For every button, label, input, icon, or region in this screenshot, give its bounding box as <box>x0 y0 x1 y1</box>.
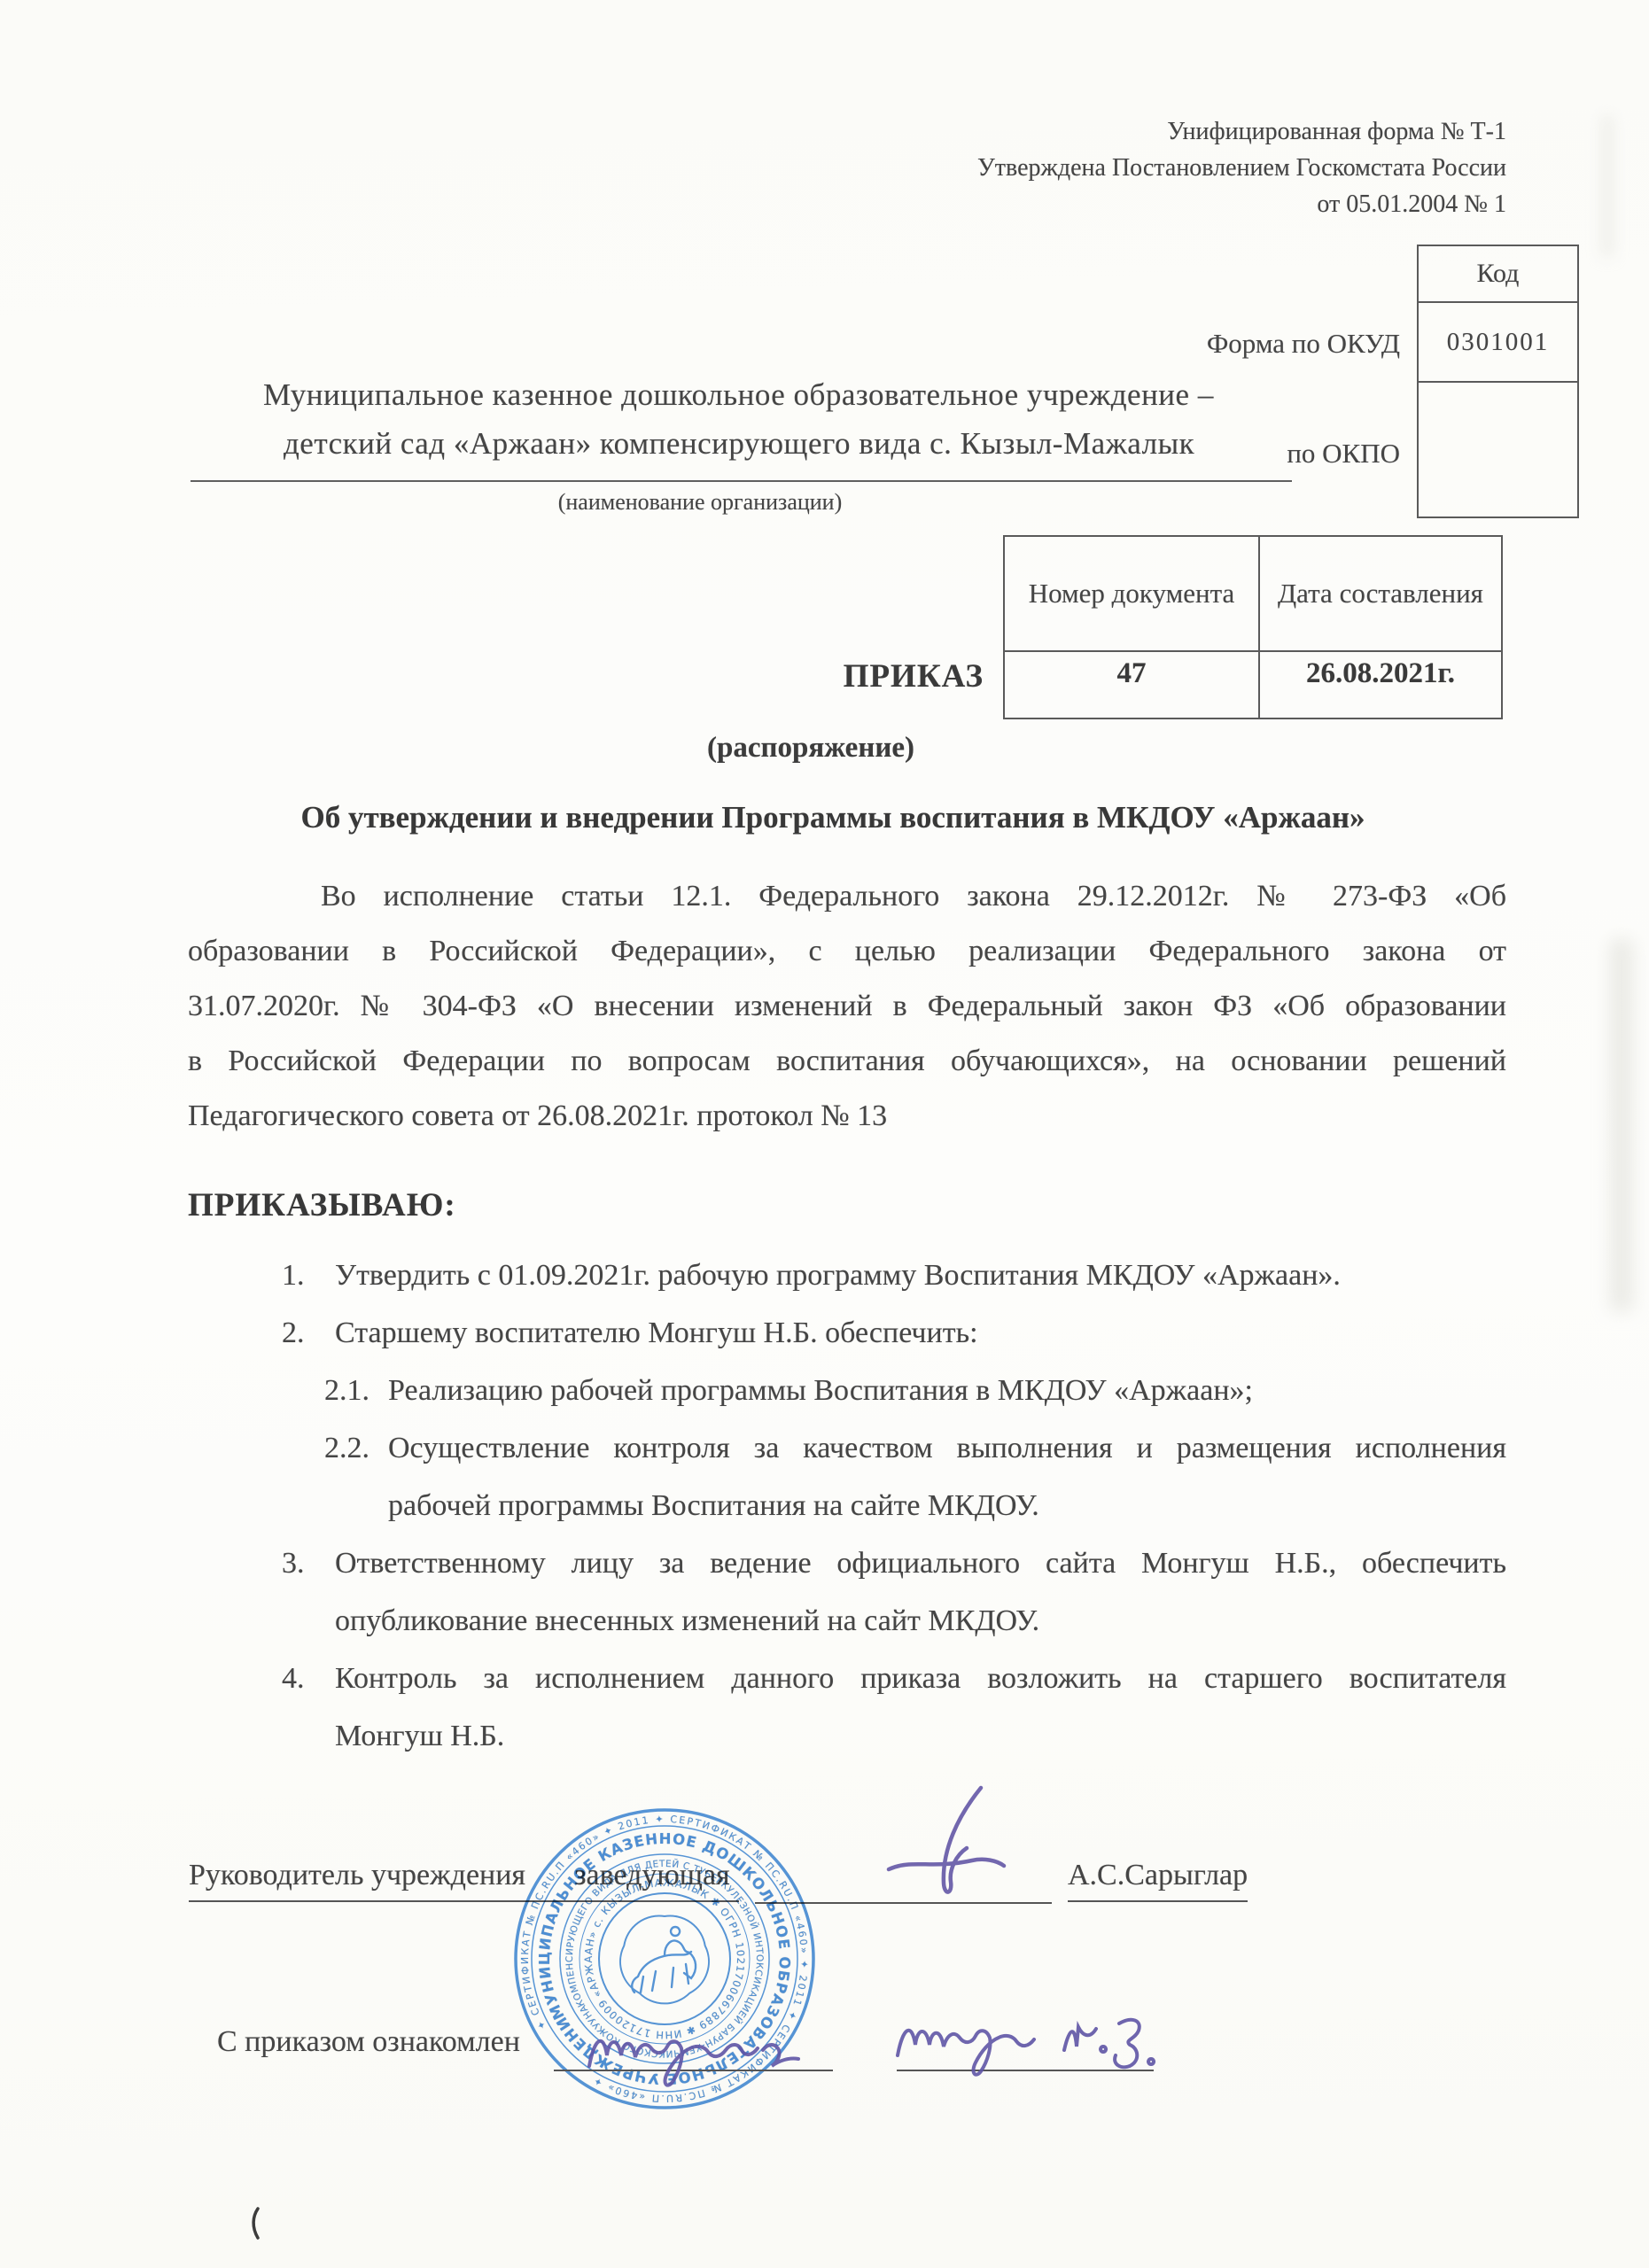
document-subtitle: (распоряжение) <box>191 732 1431 765</box>
handwriting-stroke <box>1148 2059 1154 2064</box>
code-box: Код 0301001 <box>1417 245 1579 518</box>
organization-name-line-2: детский сад «Аржаан» компенсирующего вид… <box>284 426 1194 462</box>
stamp-horse-rider-emblem <box>632 1927 696 1992</box>
document-page: Унифицированная форма № Т-1 Утверждена П… <box>0 0 1649 2268</box>
preamble-line-1: Во исполнение статьи 12.1. Федерального … <box>188 880 1506 913</box>
form-reference-line-2: Утверждена Постановлением Госкомстата Ро… <box>977 150 1506 186</box>
order-item-2-2-number: 2.2. <box>324 1432 369 1465</box>
organization-name-line-1: Муниципальное казенное дошкольное образо… <box>263 377 1214 413</box>
preamble-line-2: образовании в Российской Федерации», с ц… <box>188 935 1506 968</box>
preamble-line-5: Педагогического совета от 26.08.2021г. п… <box>188 1099 1506 1133</box>
flourish-stroke <box>944 1788 981 1892</box>
order-item-3-number: 3. <box>282 1547 305 1581</box>
pen-mark-stroke <box>253 2209 258 2238</box>
stray-pen-mark <box>249 2206 263 2241</box>
table-header-number: Номер документа <box>1005 537 1258 650</box>
handwriting-stroke <box>898 2031 1034 2075</box>
order-item-2-2-text-line-2: рабочей программы Воспитания на сайте МК… <box>388 1489 1039 1523</box>
director-signature-flourish <box>873 1783 1028 1920</box>
form-reference-line-1: Унифицированная форма № Т-1 <box>977 113 1506 150</box>
handwritten-signature-mongush <box>580 1995 837 2115</box>
order-item-3-text-line-1: Ответственному лицу за ведение официальн… <box>335 1547 1506 1581</box>
document-date-value: 26.08.2021г. <box>1260 652 1501 718</box>
resolution-heading: ПРИКАЗЫВАЮ: <box>188 1186 456 1224</box>
order-item-2-2-text-line-1: Осуществление контроля за качеством выпо… <box>388 1432 1506 1465</box>
signature-role-label: Руководитель учреждения <box>189 1859 525 1891</box>
handwriting-stroke <box>763 2045 798 2066</box>
form-reference-line-3: от 05.01.2004 № 1 <box>977 186 1506 222</box>
okud-label: Форма по ОКУД <box>1019 328 1400 360</box>
handwriting-stroke <box>589 2041 758 2085</box>
okud-code-value: 0301001 <box>1419 303 1577 381</box>
organization-caption: (наименование организации) <box>372 489 1028 516</box>
order-item-2-1-text: Реализацию рабочей программы Воспитания … <box>388 1374 1253 1408</box>
order-item-4-number: 4. <box>282 1662 305 1696</box>
order-item-2-1-number: 2.1. <box>324 1374 369 1408</box>
code-box-header: Код <box>1419 246 1577 301</box>
order-item-1-number: 1. <box>282 1259 305 1293</box>
order-item-3-text-line-2: опубликование внесенных изменений на сай… <box>335 1604 1039 1638</box>
okpo-code-cell <box>1419 383 1577 517</box>
preamble-line-3: 31.07.2020г. № 304-ФЗ «О внесении измене… <box>188 990 1506 1023</box>
order-item-2-number: 2. <box>282 1317 305 1350</box>
order-item-4-text-line-2: Монгуш Н.Б. <box>335 1720 504 1753</box>
handwriting-stroke <box>1064 2027 1096 2050</box>
organization-underline <box>191 480 1292 482</box>
form-reference: Унифицированная форма № Т-1 Утверждена П… <box>977 113 1506 222</box>
document-number-table: Номер документа Дата составления 47 26.0… <box>1003 535 1503 719</box>
handwriting-stroke <box>1101 2047 1106 2052</box>
scan-smudge <box>1610 939 1633 1311</box>
preamble-line-4: в Российской Федерации по вопросам воспи… <box>188 1045 1506 1078</box>
emblem-rider <box>665 1927 689 1955</box>
acknowledgement-label: С приказом ознакомлен <box>217 2025 520 2059</box>
table-header-date: Дата составления <box>1260 537 1501 650</box>
handwriting-stroke <box>1115 2020 1140 2067</box>
order-item-1-text: Утвердить с 01.09.2021г. рабочую програм… <box>335 1259 1341 1293</box>
order-item-4-text-line-1: Контроль за исполнением данного приказа … <box>335 1662 1506 1696</box>
order-item-2-text: Старшему воспитателю Монгуш Н.Б. обеспеч… <box>335 1317 978 1350</box>
document-type-label: ПРИКАЗ <box>735 657 984 695</box>
document-number-value: 47 <box>1005 652 1258 718</box>
document-title: Об утверждении и внедрении Программы вос… <box>191 800 1475 835</box>
emblem-horse <box>632 1952 691 1992</box>
handwritten-name-mongush-nb <box>891 1988 1183 2121</box>
signature-name: А.С.Сарыглар <box>1068 1859 1248 1902</box>
scan-smudge <box>1601 115 1614 257</box>
